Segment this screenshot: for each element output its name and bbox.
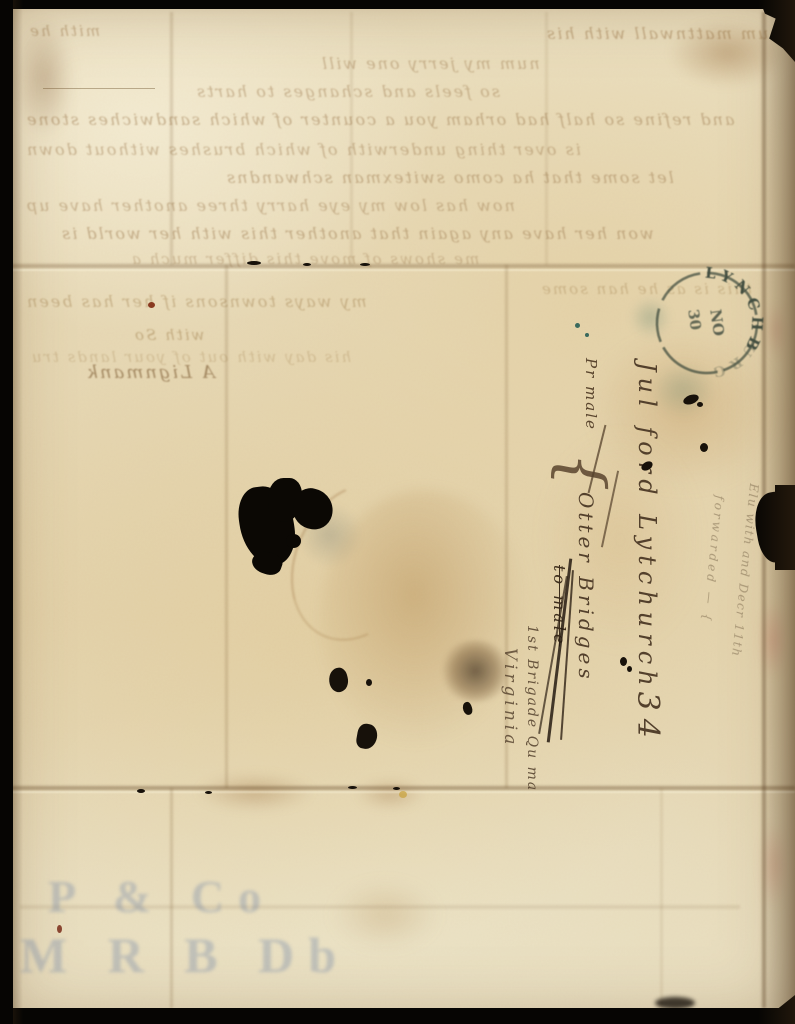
- bleed-line: is over thing underwith of which brushes…: [25, 140, 581, 159]
- fold-crease-vertical: [225, 265, 228, 788]
- crease-speck: [303, 263, 311, 266]
- red-speck: [57, 925, 62, 933]
- addressee-main-line: Jul ford Lytchurch34: [630, 362, 665, 746]
- flourish-brace: {: [546, 452, 619, 491]
- fold-crease-vertical: [170, 12, 173, 265]
- paper-hole-edge: [775, 485, 795, 570]
- stain: [14, 18, 74, 138]
- crease-speck: [247, 261, 261, 265]
- bleed-line: let some that ha como switexman schwandn…: [225, 168, 674, 187]
- fold-crease-vertical: [660, 788, 663, 1008]
- ink-spot: [627, 666, 632, 672]
- scan-edge-bottom: [0, 1008, 795, 1024]
- crease-speck: [360, 263, 370, 266]
- postmark-day: 30: [684, 308, 705, 331]
- postmark-month: NO: [706, 308, 728, 337]
- destination-line: Otter Bridges: [574, 492, 598, 683]
- teal-speck: [575, 323, 580, 328]
- scan-edge-top: [0, 0, 795, 9]
- bleed-line: so feels and schanges to harts: [195, 82, 500, 101]
- bleed-line: my ways townsons if her has been: [25, 292, 367, 311]
- bleed-line: with So: [133, 326, 204, 344]
- ghost-emboss-mark: M R B Db: [20, 926, 350, 984]
- crease-speck: [393, 787, 400, 790]
- bleed-line: now has low my eye harry three another h…: [25, 196, 515, 215]
- scan-edge-left: [0, 0, 13, 1024]
- stain: [668, 18, 788, 88]
- stain: [355, 778, 425, 810]
- paper-hole: [286, 534, 301, 548]
- ink-spot: [700, 443, 708, 452]
- rate-marking: 34: [630, 692, 665, 746]
- state-line: Virginia: [500, 648, 520, 748]
- bleed-line: won her have any again that another this…: [60, 224, 654, 243]
- unit-line: 1st Brigade Qu ma: [524, 625, 540, 792]
- scanned-letter-verso: mith he num mattnwall with his num my je…: [0, 0, 795, 1024]
- ink-spot: [366, 679, 372, 686]
- fold-crease-vertical: [545, 12, 548, 265]
- teal-speck: [585, 333, 589, 337]
- ink-spot: [697, 402, 703, 407]
- red-speck: [148, 302, 155, 308]
- fold-crease-highlight: [0, 791, 795, 793]
- mail-instruction: Pr male: [582, 358, 600, 431]
- ghost-emboss-mark: P & Co: [48, 870, 275, 923]
- bleed-line: and refine so half had orham you a count…: [25, 110, 734, 129]
- fold-crease-vertical: [350, 12, 353, 265]
- bleed-signature: A Lignmank: [85, 362, 215, 383]
- ink-spot: [620, 657, 627, 666]
- addressee-name: Jul ford Lytchurch: [633, 362, 661, 692]
- crease-speck: [348, 786, 357, 789]
- crease-speck: [137, 789, 145, 793]
- crease-speck: [205, 791, 212, 794]
- yellow-speck: [399, 791, 407, 798]
